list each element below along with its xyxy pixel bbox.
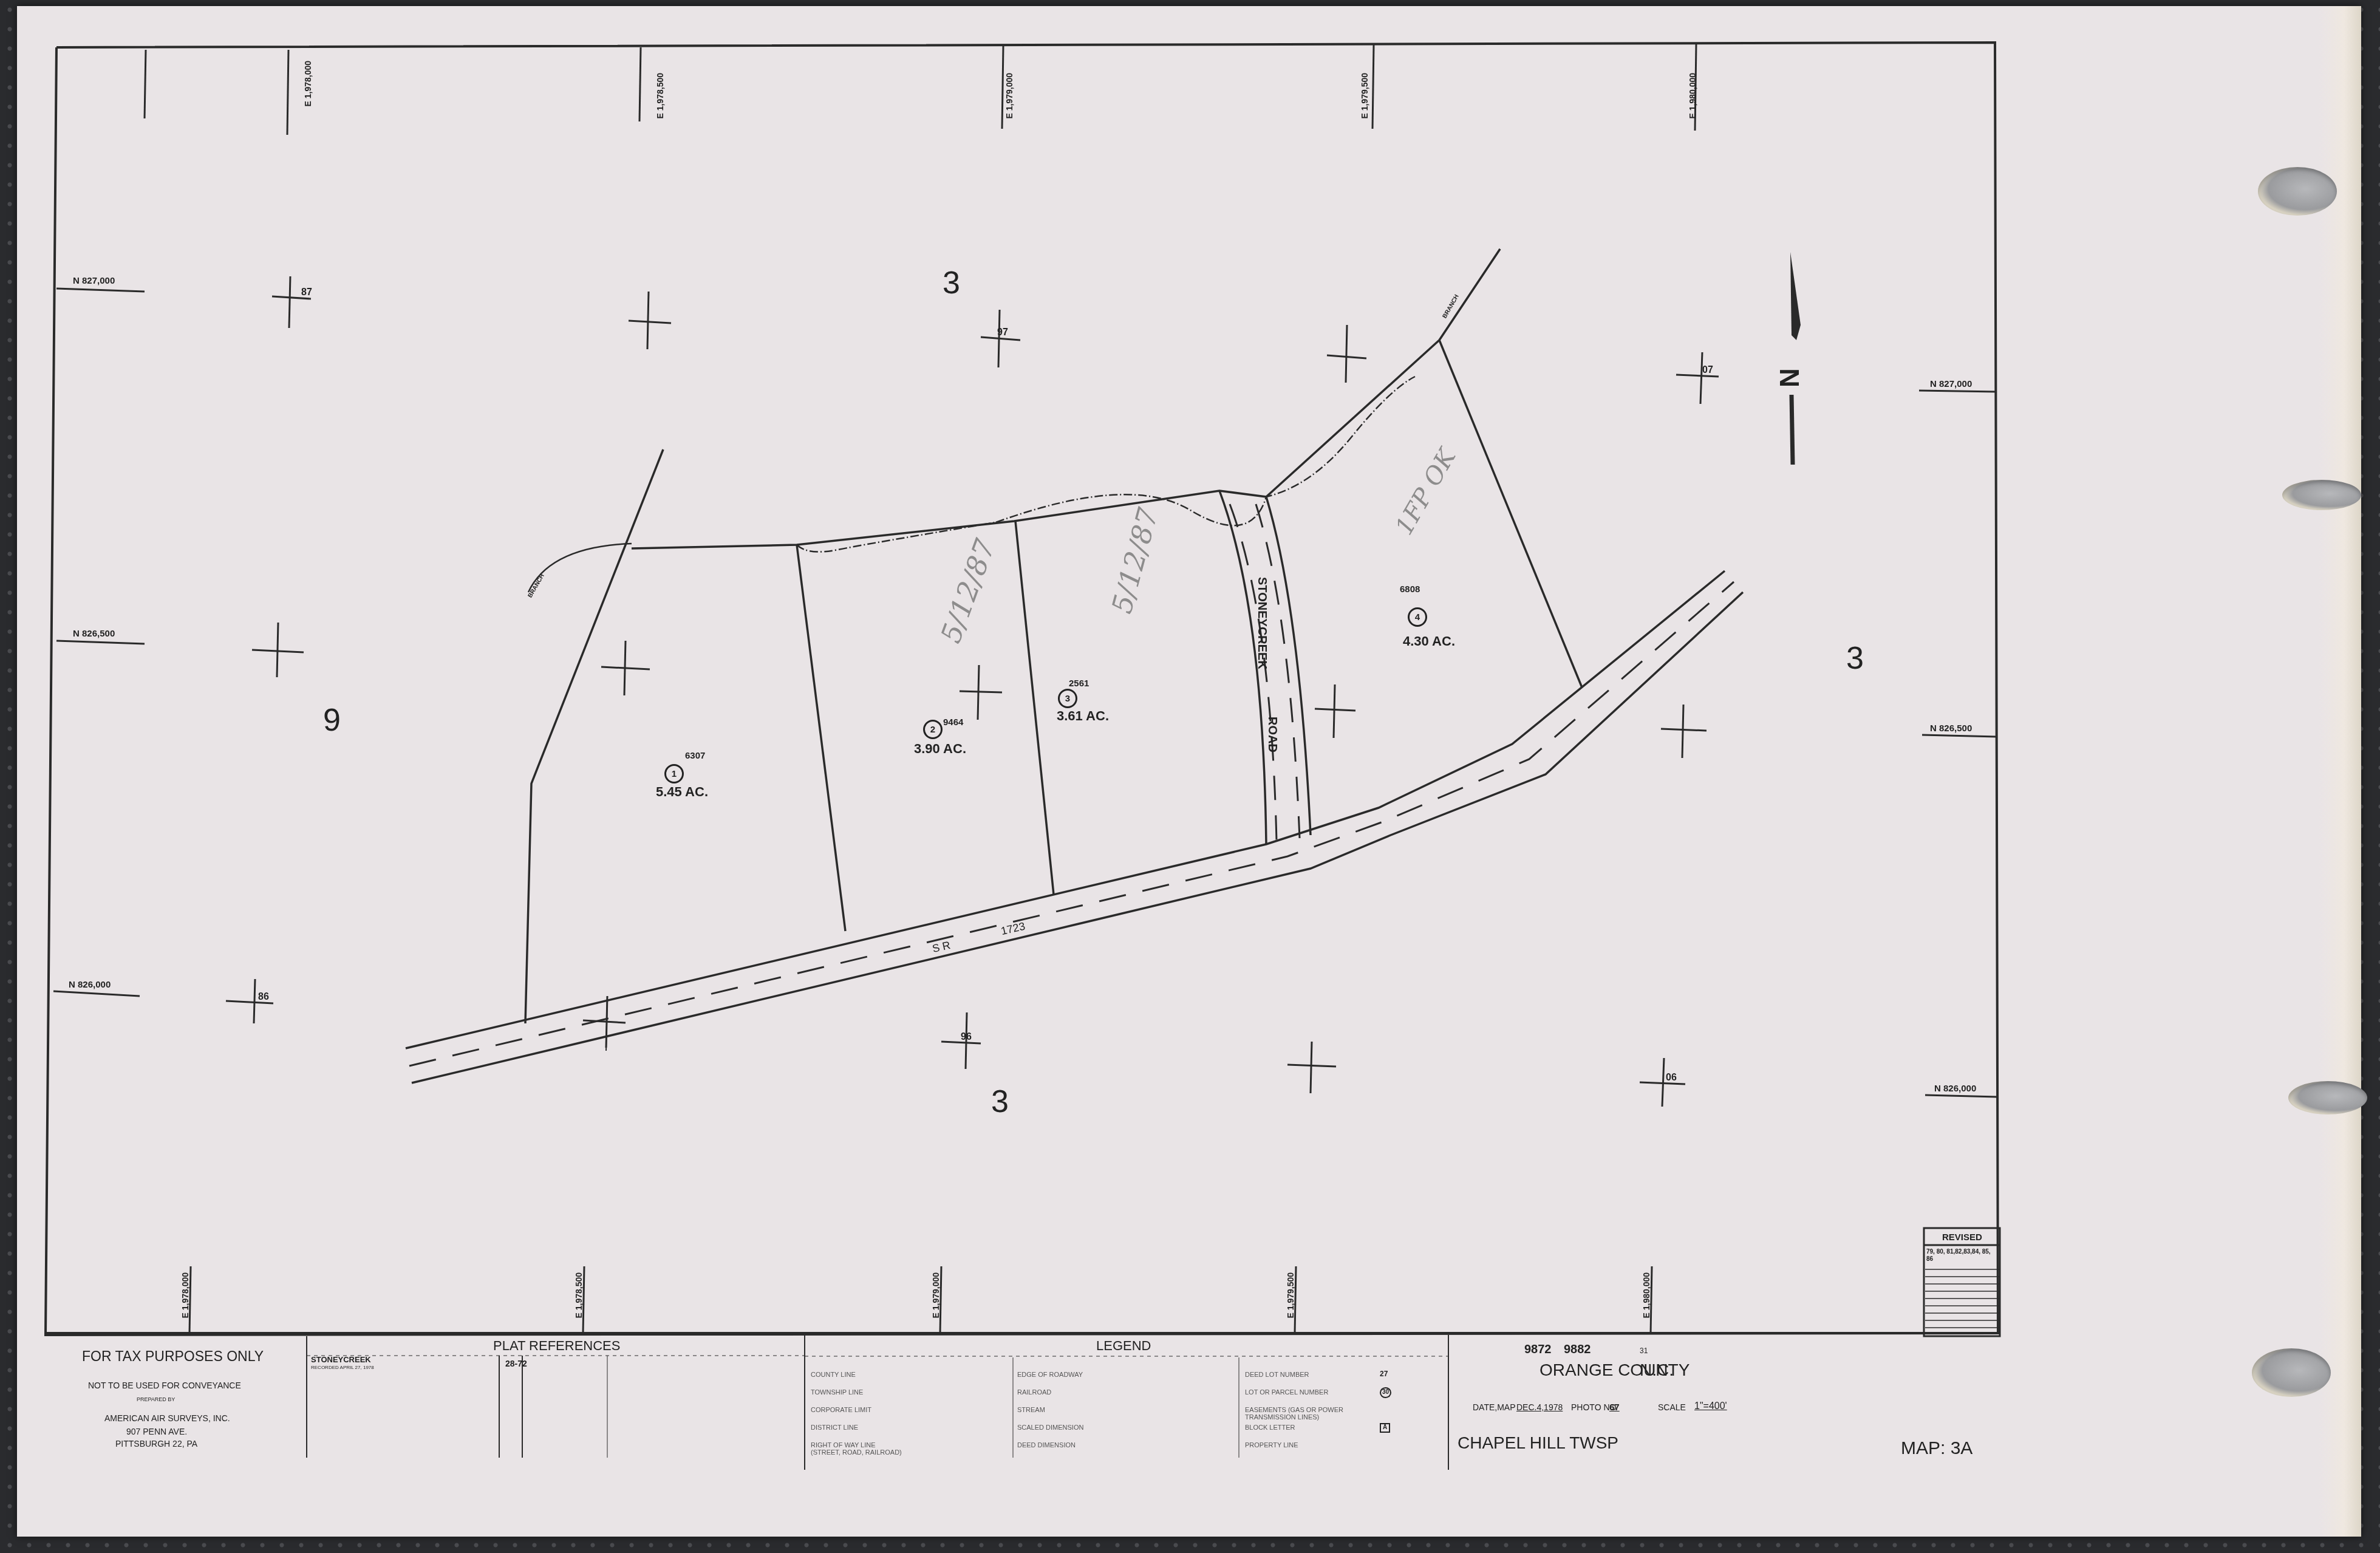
- grid-east-label: E 1,978,000: [181, 1272, 189, 1319]
- legend-title: LEGEND: [1096, 1339, 1151, 1353]
- legend-item: EDGE OF ROADWAY: [1017, 1371, 1083, 1379]
- scale-value: 1"=400': [1694, 1402, 1727, 1411]
- scale-label: SCALE: [1658, 1403, 1686, 1411]
- legend-deed-lot-symbol: 27: [1380, 1370, 1388, 1377]
- crosshair-label: 07: [1702, 366, 1713, 375]
- grid-north-label: N 826,000: [1934, 1084, 1976, 1093]
- parcel-acreage: 3.61 AC.: [1057, 709, 1109, 723]
- legend-item: LOT OR PARCEL NUMBER: [1245, 1389, 1328, 1396]
- plat-references-title: PLAT REFERENCES: [493, 1339, 620, 1353]
- map-border: [46, 43, 1998, 1335]
- block-number: 9: [323, 705, 341, 736]
- legend-item: CORPORATE LIMIT: [811, 1407, 871, 1414]
- lot-number: 3: [1058, 689, 1077, 708]
- company-name: AMERICAN AIR SURVEYS, INC.: [104, 1414, 230, 1422]
- legend-item: BLOCK LETTER: [1245, 1424, 1295, 1432]
- grid-east-label: E 1,980,000: [1688, 73, 1697, 119]
- state-name: N.C.: [1640, 1362, 1674, 1379]
- legend-item: STREAM: [1017, 1407, 1045, 1414]
- parcel-acreage: 4.30 AC.: [1403, 635, 1455, 648]
- revised-title: REVISED: [1942, 1233, 1982, 1242]
- sheet-corner-mark: 31: [1640, 1347, 1648, 1354]
- grid-north-label: N 826,500: [73, 629, 115, 638]
- north-arrow-icon: N: [1777, 368, 1804, 387]
- lot-number: 2: [923, 720, 943, 739]
- grid-north-label: N 826,000: [69, 980, 111, 989]
- map-drawing: [0, 0, 2380, 1553]
- grid-east-label: E 1,978,500: [575, 1272, 583, 1319]
- crosshair-label: 86: [258, 992, 269, 1002]
- grid-east-label: E 1,979,500: [1286, 1272, 1295, 1319]
- parcel-pin: 2561: [1069, 679, 1089, 688]
- block-number: 3: [943, 267, 960, 299]
- grid-north-label: N 827,000: [73, 276, 115, 285]
- date-map-value: DEC.4,1978: [1516, 1403, 1563, 1411]
- grid-east-label: E 1,980,000: [1642, 1272, 1651, 1319]
- legend-item: DEED DIMENSION: [1017, 1442, 1076, 1449]
- conveyance-text: NOT TO BE USED FOR CONVEYANCE: [88, 1381, 241, 1390]
- legend-block-letter-symbol: A: [1380, 1423, 1390, 1433]
- legend-item: DEED LOT NUMBER: [1245, 1371, 1309, 1379]
- photo-no-value: 67: [1609, 1403, 1620, 1412]
- plat-recorded: RECORDED APRIL 27, 1978: [311, 1365, 374, 1370]
- crosshair-label: 06: [1666, 1073, 1677, 1083]
- parcel-pin: 9464: [943, 718, 963, 727]
- parcel-pin: 6808: [1400, 585, 1420, 594]
- crosshair-label: 87: [301, 288, 312, 298]
- grid-east-label: E 1,978,500: [656, 73, 664, 119]
- company-city: PITTSBURGH 22, PA: [115, 1439, 197, 1448]
- crosshair-label: 96: [961, 1032, 972, 1042]
- map-number: MAP: 3A: [1901, 1439, 1973, 1458]
- block-number: 3: [991, 1086, 1009, 1118]
- township-name: CHAPEL HILL TWSP: [1458, 1435, 1618, 1452]
- crosshair-label: 97: [997, 328, 1008, 338]
- parcel-acreage: 5.45 AC.: [656, 785, 708, 799]
- parcel-pin: 6307: [685, 751, 705, 760]
- legend-item: DISTRICT LINE: [811, 1424, 858, 1432]
- road-label-road: ROAD: [1266, 717, 1278, 753]
- lot-number: 1: [664, 764, 684, 783]
- road-label-stoneycreek: STONEYCREEK: [1256, 577, 1268, 669]
- block-number: 3: [1846, 643, 1864, 674]
- lot-number: 4: [1408, 607, 1427, 627]
- grid-north-label: N 827,000: [1930, 380, 1972, 389]
- legend-item: SCALED DIMENSION: [1017, 1424, 1083, 1432]
- legend-parcel-symbol: 30: [1380, 1387, 1391, 1398]
- adjoining-sheet-right: 9882: [1564, 1343, 1591, 1356]
- grid-east-label: E 1,978,000: [304, 61, 312, 107]
- legend-item: RIGHT OF WAY LINE (STREET, ROAD, RAILROA…: [811, 1442, 902, 1456]
- grid-east-label: E 1,979,000: [1005, 73, 1014, 119]
- grid-east-label: E 1,979,000: [932, 1272, 940, 1319]
- revised-entries: 79, 80, 81,82,83,84, 85, 86: [1926, 1249, 1998, 1263]
- adjoining-sheet-left: 9872: [1524, 1343, 1552, 1356]
- date-map-label: DATE,MAP: [1473, 1403, 1516, 1411]
- tax-purposes-text: FOR TAX PURPOSES ONLY: [82, 1350, 264, 1364]
- plat-book-page: 28-72: [505, 1359, 527, 1368]
- company-address: 907 PENN AVE.: [126, 1427, 187, 1436]
- plat-name: STONEYCREEK: [311, 1356, 371, 1364]
- legend-item: PROPERTY LINE: [1245, 1442, 1298, 1449]
- parcel-acreage: 3.90 AC.: [914, 742, 966, 756]
- legend-item: TOWNSHIP LINE: [811, 1389, 863, 1396]
- grid-east-label: E 1,979,500: [1360, 73, 1369, 119]
- prepared-by-label: PREPARED BY: [137, 1397, 175, 1402]
- grid-north-label: N 826,500: [1930, 724, 1972, 733]
- legend-item: COUNTY LINE: [811, 1371, 856, 1379]
- legend-item: EASEMENTS (GAS OR POWER TRANSMISSION LIN…: [1245, 1407, 1348, 1421]
- legend-item: RAILROAD: [1017, 1389, 1051, 1396]
